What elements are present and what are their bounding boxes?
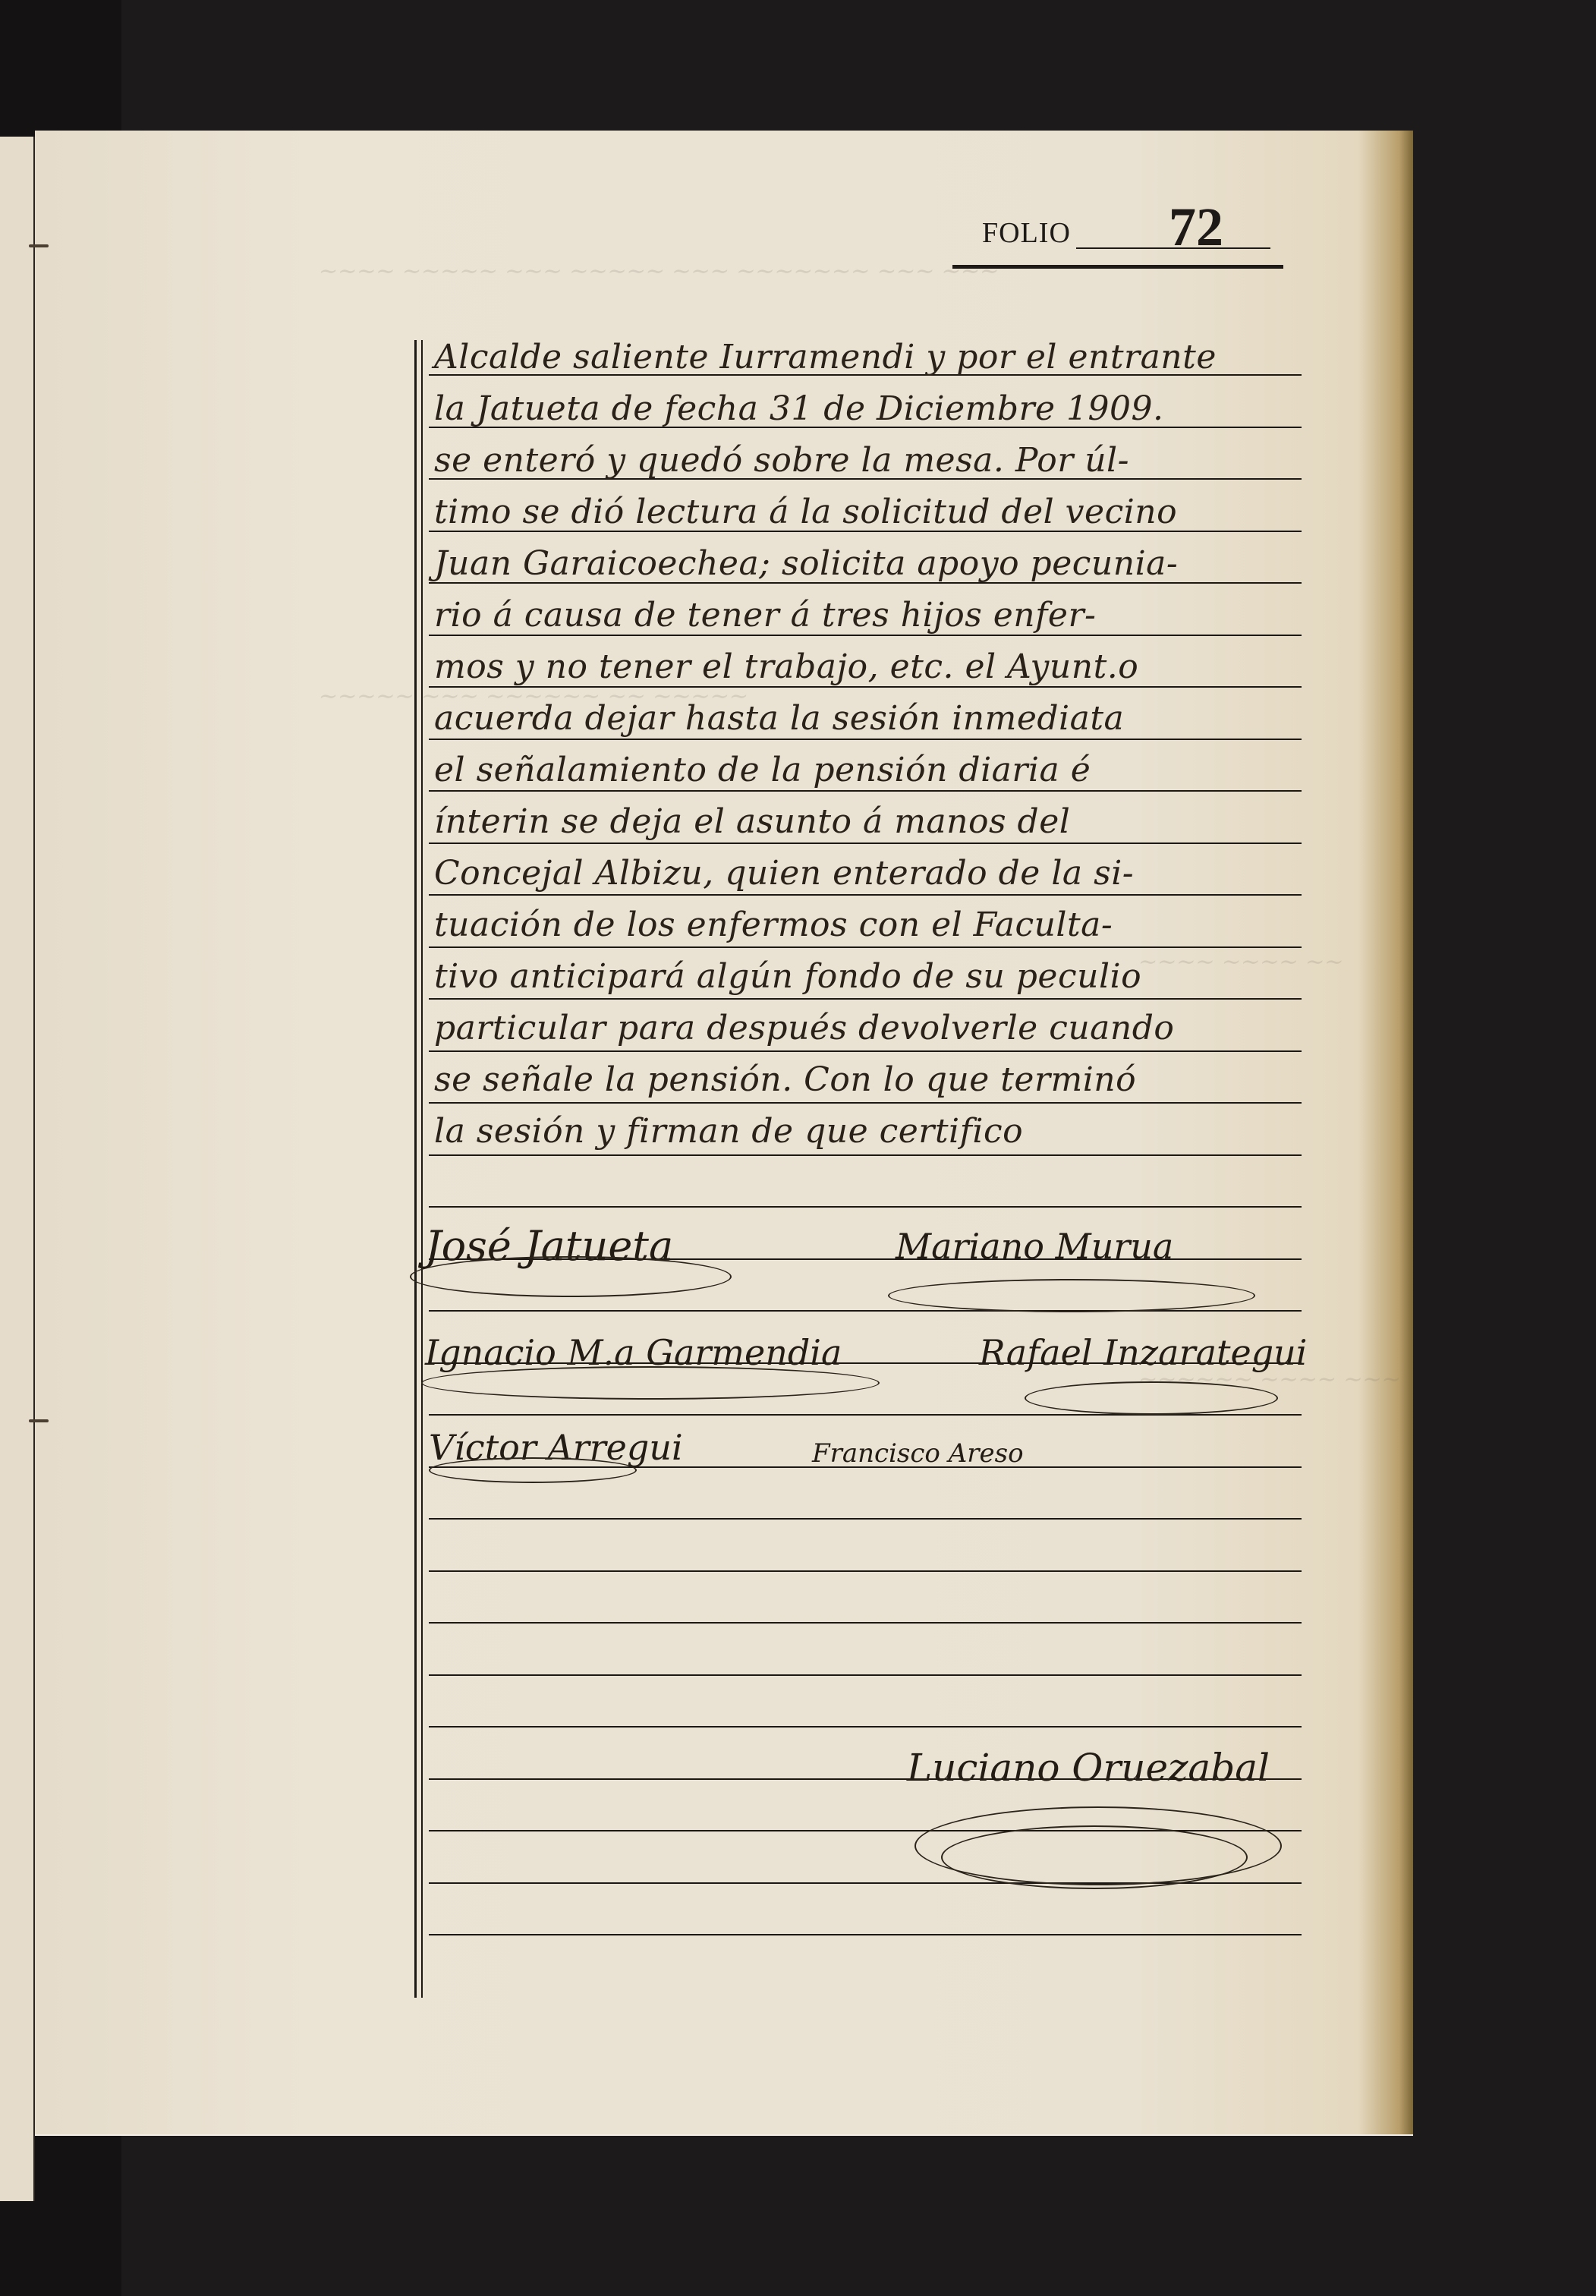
folio-number: 72 [1169,196,1223,259]
ruled-line [429,739,1302,740]
text-line: Concejal Albizu, quien enterado de la si… [434,854,1134,893]
binding-stitch [29,244,49,247]
ruled-line [429,1622,1302,1624]
text-line: la Jatueta de fecha 31 de Diciembre 1909… [434,389,1164,428]
ruled-line [429,686,1302,688]
ruled-line [429,1154,1302,1156]
ruled-line [429,894,1302,896]
margin-line [414,340,417,1998]
text-line: el señalamiento de la pensión diaria é [434,751,1091,789]
signature-flourish [421,1366,880,1400]
text-line: Alcalde saliente Iurramendi y por el ent… [434,338,1217,376]
folio-label: FOLIO [982,216,1071,250]
ruled-line [429,1206,1302,1208]
text-line: particular para después devolverle cuand… [434,1009,1174,1047]
signature-flourish [1025,1381,1278,1415]
text-line: se enteró y quedó sobre la mesa. Por úl- [434,441,1129,480]
margin-line [421,340,423,1998]
text-line: la sesión y firman de que certifico [434,1112,1023,1151]
signature-flourish [941,1825,1248,1889]
ruled-line [429,842,1302,844]
text-line: se señale la pensión. Con lo que terminó [434,1060,1136,1099]
text-line: acuerda dejar hasta la sesión inmediata [434,699,1124,738]
text-line: mos y no tener el trabajo, etc. el Ayunt… [434,647,1138,686]
binding-stitch [29,1419,49,1422]
ruled-line [429,946,1302,948]
signature: Rafael Inzarategui [979,1332,1308,1373]
signature: Mariano Murua [896,1226,1173,1267]
ruled-line [429,635,1302,636]
ruled-line [429,1674,1302,1676]
ruled-line [429,1310,1302,1312]
text-line: tuación de los enfermos con el Faculta- [434,905,1113,944]
ruled-line [429,790,1302,792]
text-line: rio á causa de tener á tres hijos enfer- [434,596,1096,635]
signature-flourish [888,1279,1255,1312]
header-rule [952,265,1283,269]
text-line: ínterin se deja el asunto á manos del [434,802,1070,841]
signature: Francisco Areso [812,1438,1024,1469]
ruled-line [429,1934,1302,1935]
ruled-line [429,1726,1302,1728]
signature-flourish [429,1457,637,1483]
bleed-through-text: ~~~~ ~~~~ ~~ [1136,949,1346,975]
ruled-line [429,1518,1302,1520]
ruled-line [429,1102,1302,1104]
bleed-through-text: ~~~~ ~~~~~ ~~~ ~~~~~ ~~~ ~~~~~~~ ~~~ ~~~ [316,258,1001,285]
text-line: tivo anticipará algún fondo de su peculi… [434,957,1141,996]
signature: Luciano Oruezabal [907,1746,1270,1790]
signature-flourish [410,1256,732,1297]
text-line: Juan Garaicoechea; solicita apoyo pecuni… [434,544,1178,583]
text-line: timo se dió lectura á la solicitud del v… [434,493,1177,531]
ruled-line [429,1570,1302,1572]
facing-page-edge [0,137,35,2201]
ruled-line [429,998,1302,1000]
ruled-line [429,1050,1302,1052]
